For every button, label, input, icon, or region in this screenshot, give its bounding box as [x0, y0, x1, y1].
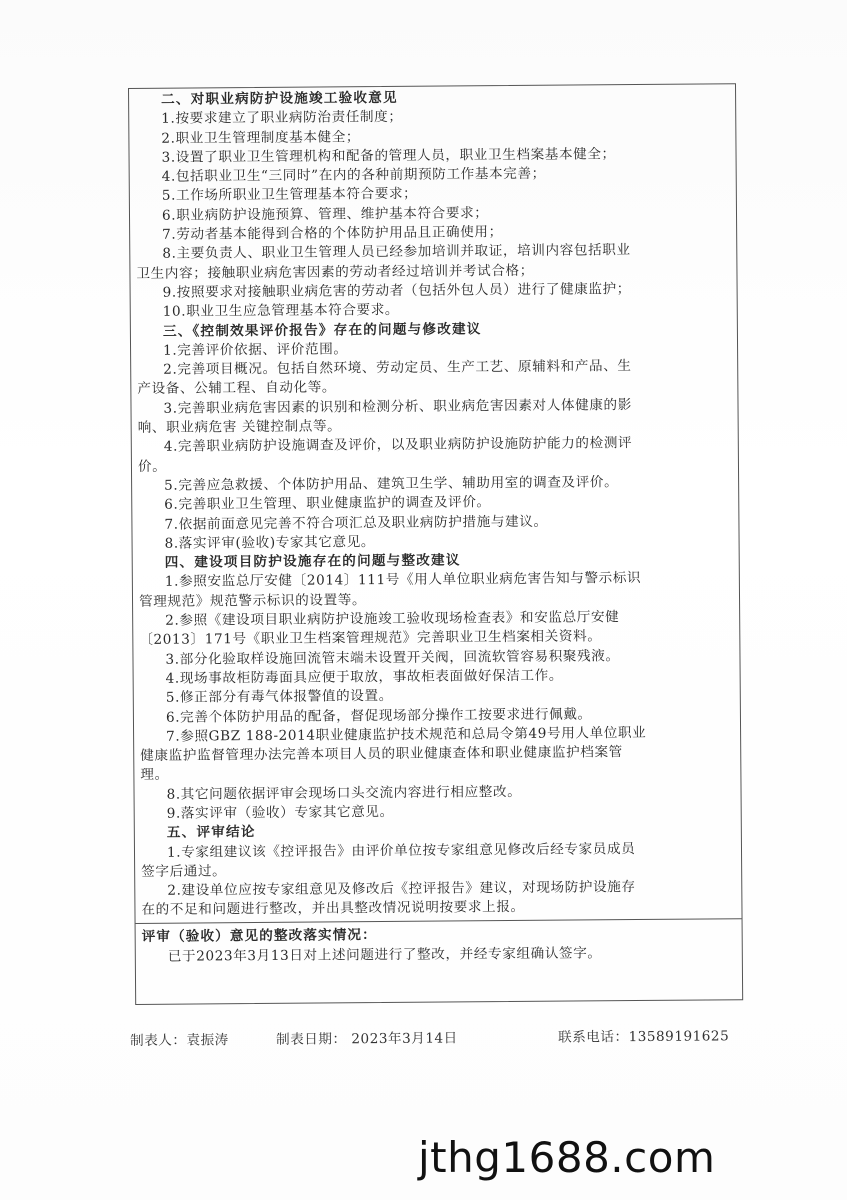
opinions-cell: 二、对职业病防护设施竣工验收意见 1.按要求建立了职业病防治责任制度； 2.职业…: [129, 84, 742, 922]
contact-phone: 联系电话：13589191625: [558, 1024, 729, 1045]
rectification-status-text: 已于2023年3月13日对上述问题进行了整改，并经专家组确认签字。: [142, 942, 738, 967]
watermark-text: jthg1688.com: [418, 1133, 715, 1182]
rectification-status-cell: 评审（验收）意见的整改落实情况： 已于2023年3月13日对上述问题进行了整改，…: [136, 918, 743, 1004]
section-5-item-continued: 在的不足和问题进行整改，并出具整改情况说明按要求上报。: [141, 897, 737, 921]
prepared-date: 制表日期： 2023年3月14日: [276, 1026, 458, 1047]
preparer-name: 制表人：袁振涛: [130, 1028, 229, 1049]
review-opinion-form: 二、对职业病防护设施竣工验收意见 1.按要求建立了职业病防治责任制度； 2.职业…: [128, 83, 743, 1005]
